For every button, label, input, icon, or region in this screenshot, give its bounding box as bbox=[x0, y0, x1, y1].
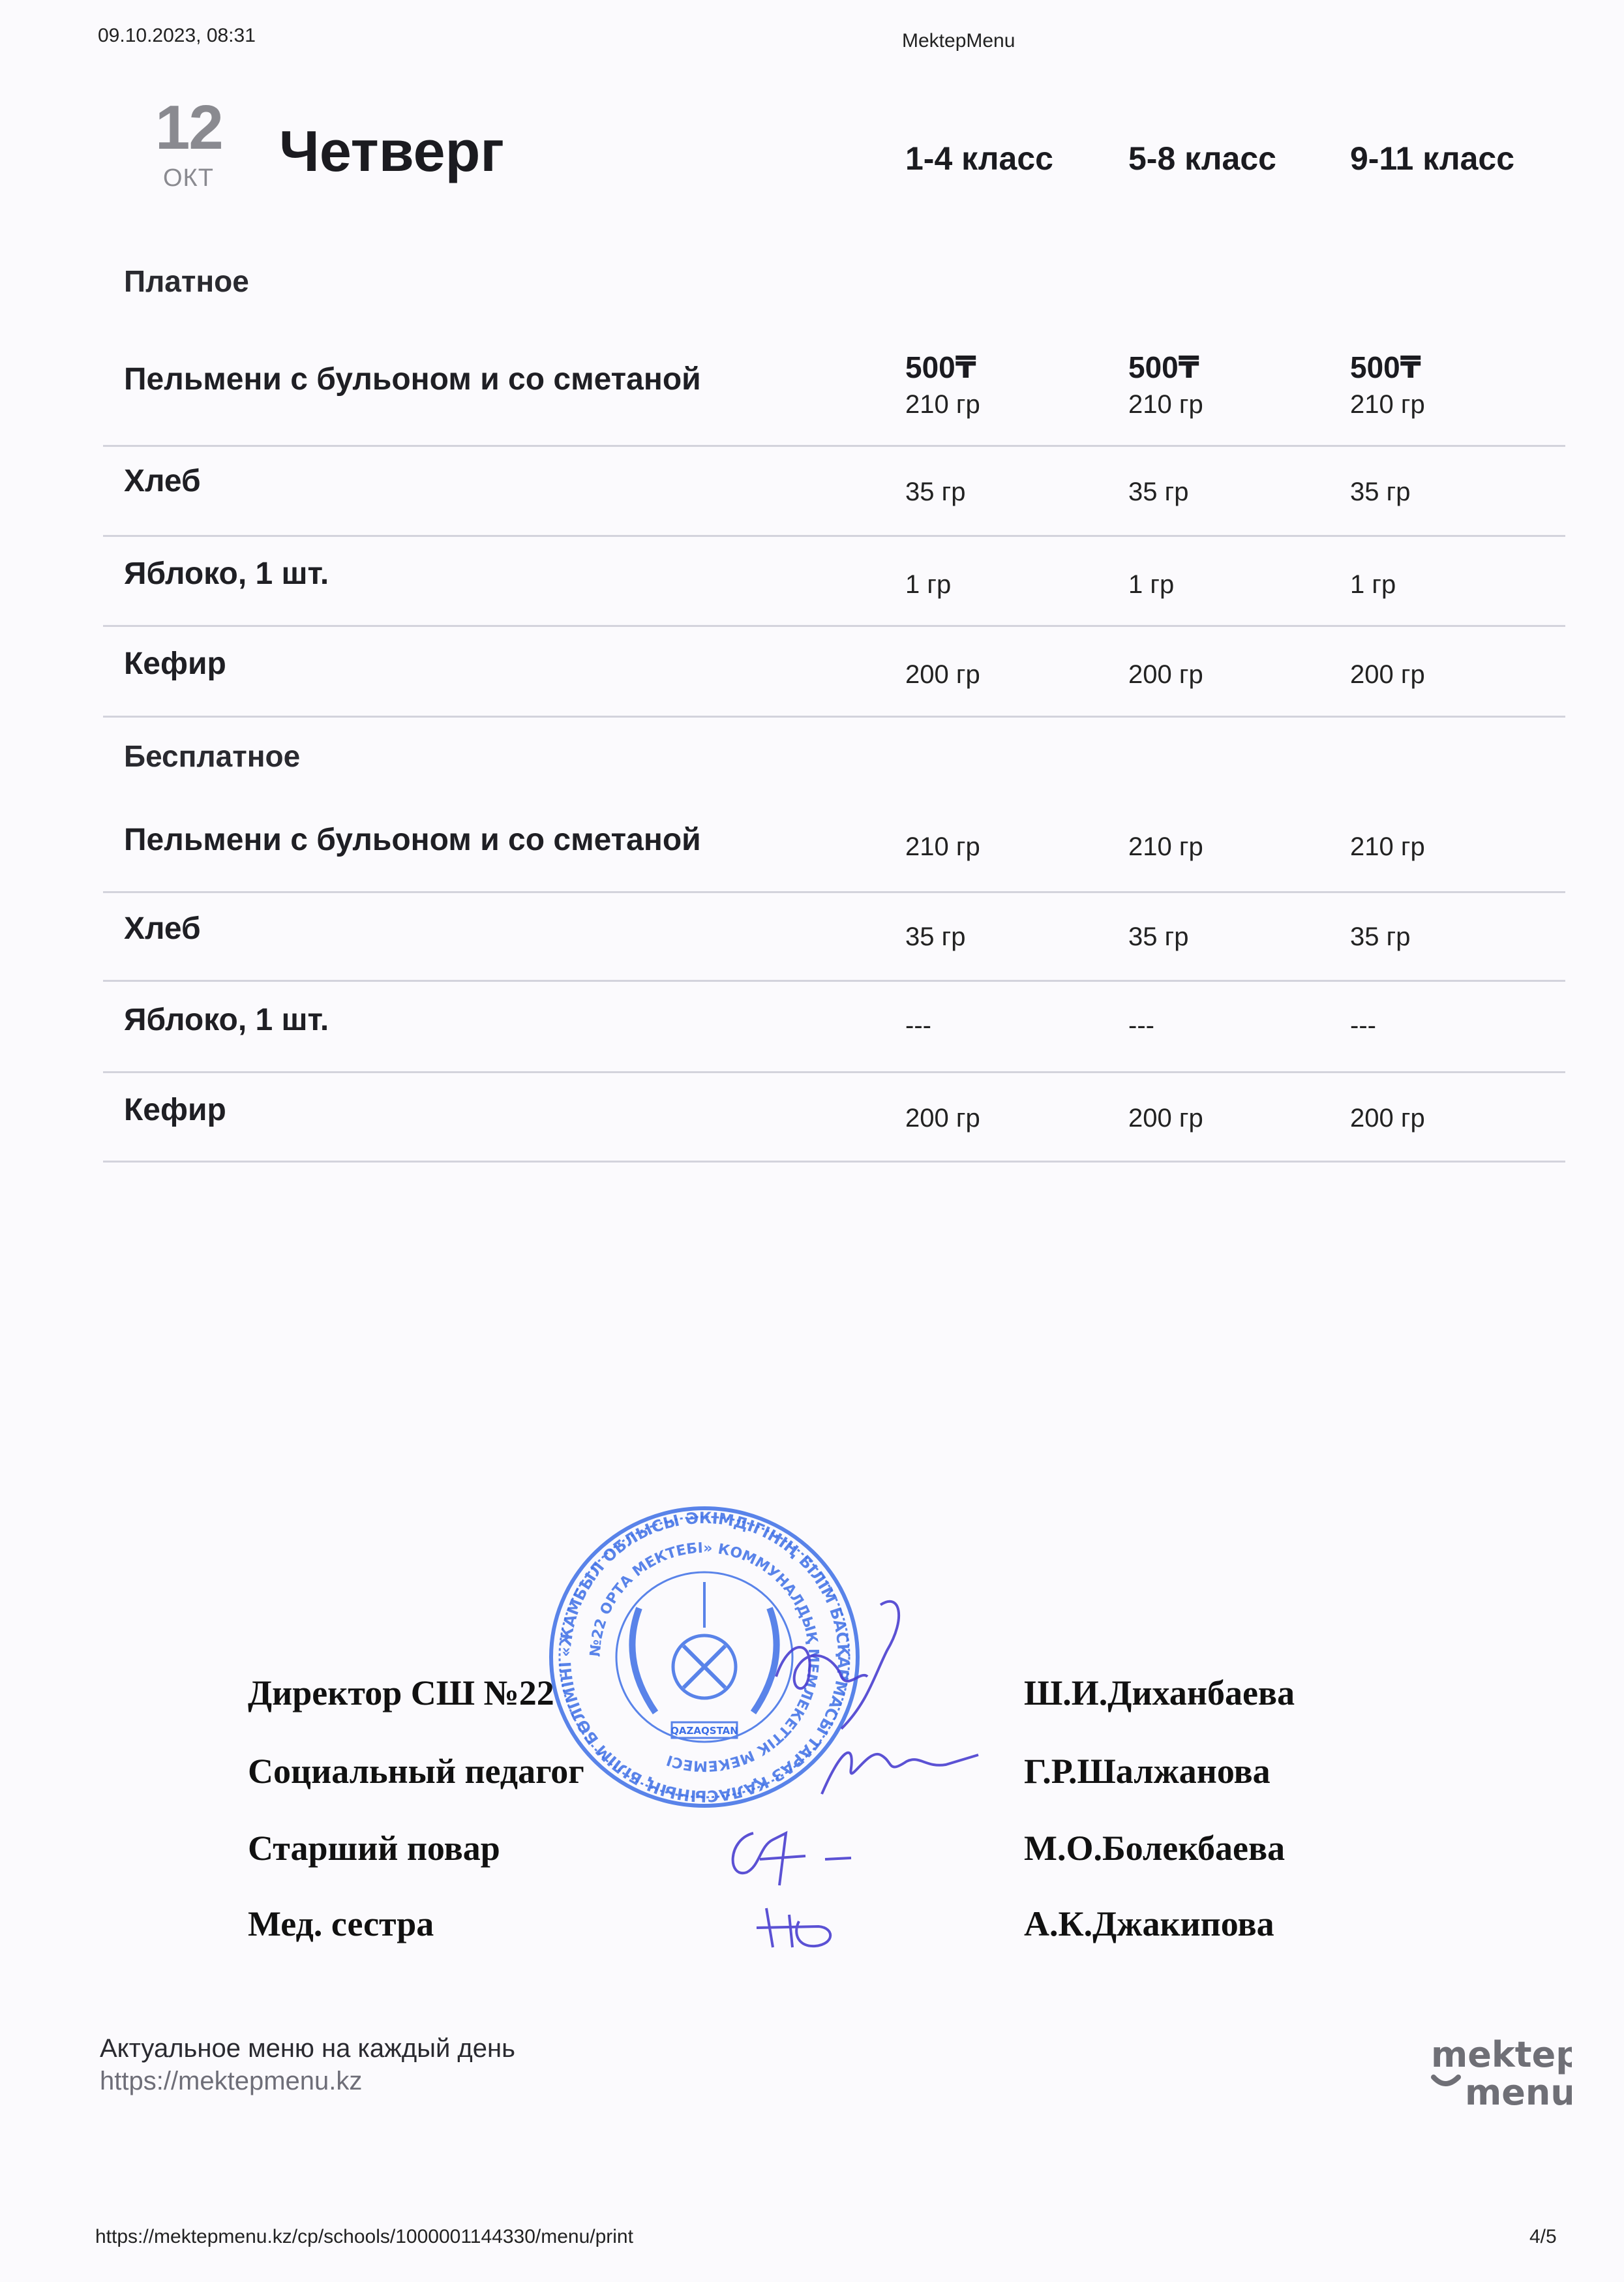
row-divider bbox=[103, 1161, 1565, 1163]
column-header-5-8: 5-8 класс bbox=[1128, 142, 1276, 175]
dish-price: 500₸ bbox=[1128, 352, 1199, 382]
section-title-paid: Платное bbox=[124, 266, 249, 296]
dish-weight: 200 гр bbox=[1128, 1105, 1203, 1131]
dish-name: Пельмени с бульоном и со сметаной bbox=[124, 364, 701, 395]
signature-role-director: Директор СШ №22 bbox=[248, 1675, 554, 1711]
row-divider bbox=[103, 1071, 1565, 1073]
row-divider bbox=[103, 535, 1565, 537]
dish-weight: 35 гр bbox=[1350, 924, 1410, 950]
dish-weight: --- bbox=[1128, 1012, 1154, 1039]
dish-name: Кефир bbox=[124, 648, 226, 680]
footer-link[interactable]: https://mektepmenu.kz bbox=[100, 2067, 362, 2096]
footer-tagline: Актуальное меню на каждый день bbox=[100, 2034, 515, 2063]
signature-name-head-cook: М.О.Болекбаева bbox=[1024, 1831, 1285, 1866]
dish-weight: 1 гр bbox=[905, 571, 951, 598]
mektep-menu-logo-icon: mektep menu bbox=[1428, 2034, 1572, 2112]
dish-name: Хлеб bbox=[124, 466, 201, 497]
dish-name: Хлеб bbox=[124, 913, 201, 945]
dish-name: Кефир bbox=[124, 1095, 226, 1126]
page-number: 4/5 bbox=[1529, 2226, 1557, 2248]
print-url: https://mektepmenu.kz/cp/schools/1000001… bbox=[95, 2226, 633, 2248]
signature-role-head-cook: Старший повар bbox=[248, 1831, 500, 1866]
dish-name: Яблоко, 1 шт. bbox=[124, 1005, 329, 1036]
dish-weight: 200 гр bbox=[1350, 662, 1425, 688]
nurse-signature-icon bbox=[753, 1902, 845, 1954]
print-title: MektepMenu bbox=[902, 30, 1015, 52]
dish-weight: 1 гр bbox=[1128, 571, 1174, 598]
dish-weight: 35 гр bbox=[905, 924, 965, 950]
dish-weight: 210 гр bbox=[1350, 391, 1425, 418]
row-divider bbox=[103, 625, 1565, 627]
dish-weight: 1 гр bbox=[1350, 571, 1396, 598]
print-timestamp: 09.10.2023, 08:31 bbox=[98, 25, 256, 47]
dish-weight: 200 гр bbox=[1350, 1105, 1425, 1131]
column-header-1-4: 1-4 класс bbox=[905, 142, 1053, 175]
logo-line1: mektep bbox=[1431, 2034, 1572, 2075]
dish-weight: 200 гр bbox=[1128, 662, 1203, 688]
dish-weight: 35 гр bbox=[905, 479, 965, 505]
dish-weight: 210 гр bbox=[905, 834, 980, 860]
logo-line2: menu bbox=[1465, 2072, 1572, 2112]
dish-weight: 210 гр bbox=[1128, 391, 1203, 418]
dish-weight: 35 гр bbox=[1350, 479, 1410, 505]
row-divider bbox=[103, 445, 1565, 447]
social-pedagogue-signature-icon bbox=[815, 1735, 985, 1801]
section-title-free: Бесплатное bbox=[124, 741, 300, 771]
dish-weight: 210 гр bbox=[1128, 834, 1203, 860]
signature-name-nurse: А.К.Джакипова bbox=[1024, 1906, 1274, 1941]
dish-weight: 210 гр bbox=[1350, 834, 1425, 860]
column-header-9-11: 9-11 класс bbox=[1350, 142, 1514, 175]
dish-weight: 35 гр bbox=[1128, 479, 1188, 505]
weekday-title: Четверг bbox=[279, 123, 504, 180]
dish-name: Пельмени с бульоном и со сметаной bbox=[124, 825, 701, 856]
dish-weight: 210 гр bbox=[905, 391, 980, 418]
signature-role-nurse: Мед. сестра bbox=[248, 1906, 434, 1941]
dish-price: 500₸ bbox=[905, 352, 976, 382]
dish-weight: --- bbox=[905, 1012, 931, 1039]
row-divider bbox=[103, 891, 1565, 893]
date-day: 12 bbox=[155, 97, 222, 159]
date-month: ОКТ bbox=[163, 166, 214, 190]
dish-weight: 35 гр bbox=[1128, 924, 1188, 950]
signature-name-director: Ш.И.Диханбаева bbox=[1024, 1675, 1295, 1711]
director-signature-icon bbox=[750, 1579, 946, 1735]
signature-role-social-pedagogue: Социальный педагог bbox=[248, 1754, 584, 1789]
signature-name-social-pedagogue: Г.Р.Шалжанова bbox=[1024, 1754, 1271, 1789]
head-cook-signature-icon bbox=[721, 1820, 864, 1892]
row-divider bbox=[103, 716, 1565, 718]
dish-name: Яблоко, 1 шт. bbox=[124, 558, 329, 590]
dish-weight: --- bbox=[1350, 1012, 1376, 1039]
dish-price: 500₸ bbox=[1350, 352, 1421, 382]
stamp-emblem-text: QAZAQSTAN bbox=[670, 1725, 738, 1737]
dish-weight: 200 гр bbox=[905, 662, 980, 688]
row-divider bbox=[103, 980, 1565, 982]
dish-weight: 200 гр bbox=[905, 1105, 980, 1131]
